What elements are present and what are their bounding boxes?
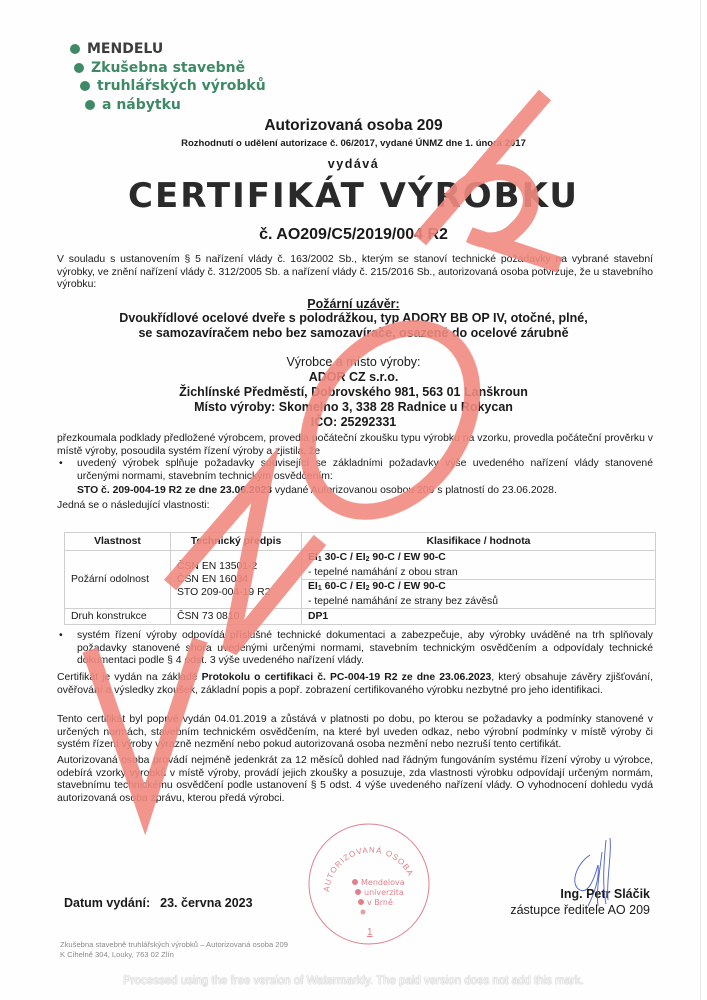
logo-text: truhlářských výrobků [97,77,266,96]
issues-label: vydává [0,157,707,171]
logo-text: a nábytku [102,96,181,115]
production-site: Místo výroby: Skomelno 3, 338 28 Radnice… [0,400,707,414]
classification-cell: EI1 30-C / EI2 90-C / EW 90-C [302,551,656,567]
official-stamp-icon: AUTORIZOVANÁ OSOBA 209 Mendelova univerz… [307,822,431,946]
logo-dot-icon [74,63,84,73]
issue-date-value: 23. června 2023 [160,896,252,910]
table-header-row: Vlastnost Technický předpis Klasifikace … [65,533,656,551]
classification-note: - tepelné namáhání z obou stran [302,566,656,580]
svg-text:1: 1 [367,927,373,938]
logo-dot-icon [80,81,90,91]
logo-text: MENDELU [87,40,163,59]
address-line: K Cihelně 304, Louky, 763 02 Zlín [60,950,288,960]
issue-date: Datum vydání:23. června 2023 [64,896,253,910]
product-description-line1: Dvoukřídlové ocelové dveře s polodrážkou… [0,311,707,325]
sto-number: STO č. 209-004-19 R2 ze dne 23.06.2023 [77,485,272,496]
manufacturer-address: Žichlínské Předměstí, Dobrovského 981, 5… [0,385,707,399]
sto-reference: STO č. 209-004-19 R2 ze dne 23.06.2023 v… [77,485,557,496]
watermarkly-notice: Processed using the free version of Wate… [0,975,707,987]
bullet-icon: • [59,630,63,643]
validity-paragraph: Tento certifikát byl poprvé vydán 04.01.… [57,714,653,752]
sto-validity: vydané Autorizovanou osobou 209 s platno… [272,485,557,496]
authority-address: Zkušebna stavebně truhlářských výrobků –… [60,940,288,960]
certificate-number: č. AO209/C5/2019/004 R2 [0,226,707,244]
issue-date-label: Datum vydání: [64,896,150,910]
signature-icon [560,830,640,910]
svg-text:v Brně: v Brně [367,898,393,907]
surveillance-paragraph: Autorizovaná osoba provádí nejméně jeden… [57,755,653,805]
company-id: IČO: 25292331 [0,415,707,429]
logo-text: Zkušebna stavebně [91,59,245,78]
product-heading: Požární uzávěr: [0,297,707,311]
address-line: Zkušebna stavebně truhlářských výrobků –… [60,940,288,950]
protocol-reference: Protokolu o certifikaci č. PC-004-19 R2 … [202,672,492,683]
properties-intro: Jedná se o následující vlastnosti: [57,500,653,513]
document-title: CERTIFIKÁT VÝROBKU [0,176,707,216]
table-row: Požární odolnost ČSN EN 13501-2 ČSN EN 1… [65,551,656,567]
classification-note: - tepelné namáhání ze strany bez závěsů [302,595,656,609]
certificate-page: MENDELU Zkušebna stavebně truhlářských v… [0,0,707,1000]
standard: ČSN EN 13501-2 [177,560,295,573]
bullet-compliance: • uvedený výrobek splňuje požadavky souv… [57,458,653,483]
authorization-decision: Rozhodnutí o udělení autorizace č. 06/20… [0,138,707,149]
manufacturer-name: ADOR CZ s.r.o. [0,370,707,384]
bullet-production-control: • systém řízení výroby odpovídá příslušn… [57,630,653,668]
logo-line: MENDELU [70,40,266,59]
basis-paragraph: Certifikát je vydán na základě Protokolu… [57,672,653,697]
column-header: Technický předpis [171,533,302,551]
bullet-text: systém řízení výroby odpovídá příslušné … [77,630,653,668]
logo-line: truhlářských výrobků [80,77,266,96]
logo-dot-icon [70,44,80,54]
column-header: Klasifikace / hodnota [302,533,656,551]
bullet-text: uvedený výrobek splňuje požadavky souvis… [77,458,653,483]
authority-name: Autorizovaná osoba 209 [0,117,707,135]
bullet-icon: • [59,458,63,471]
property-cell: Požární odolnost [65,551,171,609]
svg-text:univerzita: univerzita [364,888,404,897]
intro-paragraph: V souladu s ustanovením § 5 nařízení vlá… [57,254,653,292]
standards-cell: ČSN 73 0810 [171,609,302,625]
properties-table: Vlastnost Technický předpis Klasifikace … [64,532,656,625]
manufacturer-heading: Výrobce a místo výroby: [0,355,707,369]
logo-line: Zkušebna stavebně [74,59,266,78]
table-row: Druh konstrukce ČSN 73 0810 DP1 [65,609,656,625]
logo-line: a nábytku [85,96,266,115]
findings-paragraph: přezkoumala podklady předložené výrobcem… [57,433,653,458]
product-description-line2: se samozavíračem nebo bez samozavírače, … [0,326,707,340]
standards-cell: ČSN EN 13501-2 ČSN EN 16034 STO 209-004-… [171,551,302,609]
mendelu-logo: MENDELU Zkušebna stavebně truhlářských v… [70,40,266,114]
property-cell: Druh konstrukce [65,609,171,625]
svg-text:Mendelova: Mendelova [361,878,405,887]
logo-dot-icon [85,100,95,110]
standard: STO 209-004-19 R2 [177,586,295,599]
classification-cell: EI1 60-C / EI2 90-C / EW 90-C [302,580,656,596]
classification-cell: DP1 [302,609,656,625]
standard: ČSN EN 16034 [177,573,295,586]
column-header: Vlastnost [65,533,171,551]
page-edge [700,0,701,1000]
